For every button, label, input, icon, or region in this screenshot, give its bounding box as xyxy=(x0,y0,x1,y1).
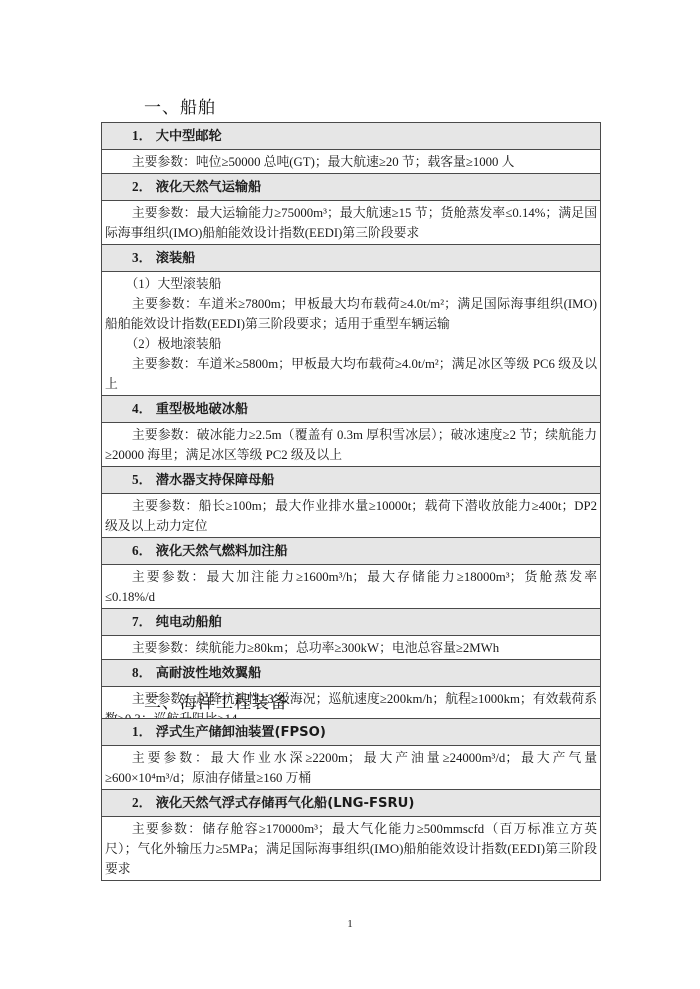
section-title-ships: 一、船舶 xyxy=(144,93,216,118)
item-name: 高耐波性地效翼船 xyxy=(156,666,262,681)
item-number: 1． xyxy=(132,128,152,143)
item-header: 1．大中型邮轮 xyxy=(102,123,600,150)
item-header: 6．液化天然气燃料加注船 xyxy=(102,538,600,565)
item-body: 主要参数：最大作业水深≥2200m；最大产油量≥24000m³/d；最大产气量≥… xyxy=(102,746,600,790)
item-params: 主要参数：储存舱容≥170000m³；最大气化能力≥500mmscfd（百万标准… xyxy=(105,819,597,879)
item-header: 2．液化天然气运输船 xyxy=(102,174,600,201)
item-header: 5．潜水器支持保障母船 xyxy=(102,467,600,494)
document-page: 一、船舶 1．大中型邮轮 主要参数：吨位≥50000 总吨(GT)；最大航速≥2… xyxy=(0,0,700,989)
item-number: 1． xyxy=(132,724,152,739)
item-name: 浮式生产储卸油装置(FPSO) xyxy=(156,725,326,740)
offshore-equipment-table: 1．浮式生产储卸油装置(FPSO) 主要参数：最大作业水深≥2200m；最大产油… xyxy=(101,718,601,881)
item-header: 2．液化天然气浮式存储再气化船(LNG-FSRU) xyxy=(102,790,600,817)
item-body: 主要参数：最大加注能力≥1600m³/h；最大存储能力≥18000m³；货舱蒸发… xyxy=(102,565,600,609)
item-name: 滚装船 xyxy=(156,251,196,266)
item-number: 2． xyxy=(132,795,152,810)
item-params: 主要参数：最大加注能力≥1600m³/h；最大存储能力≥18000m³；货舱蒸发… xyxy=(105,567,597,607)
item-name: 液化天然气浮式存储再气化船(LNG-FSRU) xyxy=(156,796,415,811)
item-body: 主要参数：船长≥100m；最大作业排水量≥10000t；载荷下潜收放能力≥400… xyxy=(102,494,600,538)
item-body: （1）大型滚装船 主要参数：车道米≥7800m；甲板最大均布载荷≥4.0t/m²… xyxy=(102,272,600,396)
item-subheading: （2）极地滚装船 xyxy=(105,334,597,354)
item-params: 主要参数：续航能力≥80km；总功率≥300kW；电池总容量≥2MWh xyxy=(105,638,597,658)
item-number: 2． xyxy=(132,179,152,194)
item-body: 主要参数：破冰能力≥2.5m（覆盖有 0.3m 厚积雪冰层）；破冰速度≥2 节；… xyxy=(102,423,600,467)
item-params: 主要参数：最大作业水深≥2200m；最大产油量≥24000m³/d；最大产气量≥… xyxy=(105,748,597,788)
item-name: 重型极地破冰船 xyxy=(156,402,248,417)
item-params: 主要参数：最大运输能力≥75000m³；最大航速≥15 节；货舱蒸发率≤0.14… xyxy=(105,203,597,243)
item-header: 7．纯电动船舶 xyxy=(102,609,600,636)
item-number: 7． xyxy=(132,614,152,629)
item-number: 8． xyxy=(132,665,152,680)
item-name: 大中型邮轮 xyxy=(156,129,222,144)
item-header: 4．重型极地破冰船 xyxy=(102,396,600,423)
item-params: 主要参数：车道米≥7800m；甲板最大均布载荷≥4.0t/m²；满足国际海事组织… xyxy=(105,294,597,334)
item-header: 1．浮式生产储卸油装置(FPSO) xyxy=(102,719,600,746)
item-body: 主要参数：吨位≥50000 总吨(GT)；最大航速≥20 节；载客量≥1000 … xyxy=(102,150,600,174)
item-params: 主要参数：船长≥100m；最大作业排水量≥10000t；载荷下潜收放能力≥400… xyxy=(105,496,597,536)
item-body: 主要参数：储存舱容≥170000m³；最大气化能力≥500mmscfd（百万标准… xyxy=(102,817,600,881)
ships-table: 1．大中型邮轮 主要参数：吨位≥50000 总吨(GT)；最大航速≥20 节；载… xyxy=(101,122,601,731)
item-name: 纯电动船舶 xyxy=(156,615,222,630)
item-params: 主要参数：吨位≥50000 总吨(GT)；最大航速≥20 节；载客量≥1000 … xyxy=(105,152,597,172)
item-number: 6． xyxy=(132,543,152,558)
item-header: 8．高耐波性地效翼船 xyxy=(102,660,600,687)
page-number: 1 xyxy=(0,918,700,930)
item-number: 3． xyxy=(132,250,152,265)
section-title-offshore-equipment: 二、海洋工程装备 xyxy=(144,688,288,713)
item-body: 主要参数：续航能力≥80km；总功率≥300kW；电池总容量≥2MWh xyxy=(102,636,600,660)
item-header: 3．滚装船 xyxy=(102,245,600,272)
item-name: 潜水器支持保障母船 xyxy=(156,473,275,488)
item-name: 液化天然气运输船 xyxy=(156,180,262,195)
item-params: 主要参数：破冰能力≥2.5m（覆盖有 0.3m 厚积雪冰层）；破冰速度≥2 节；… xyxy=(105,425,597,465)
item-number: 5． xyxy=(132,472,152,487)
item-body: 主要参数：最大运输能力≥75000m³；最大航速≥15 节；货舱蒸发率≤0.14… xyxy=(102,201,600,245)
item-number: 4． xyxy=(132,401,152,416)
item-name: 液化天然气燃料加注船 xyxy=(156,544,288,559)
item-params: 主要参数：车道米≥5800m；甲板最大均布载荷≥4.0t/m²；满足冰区等级 P… xyxy=(105,354,597,394)
item-subheading: （1）大型滚装船 xyxy=(105,274,597,294)
